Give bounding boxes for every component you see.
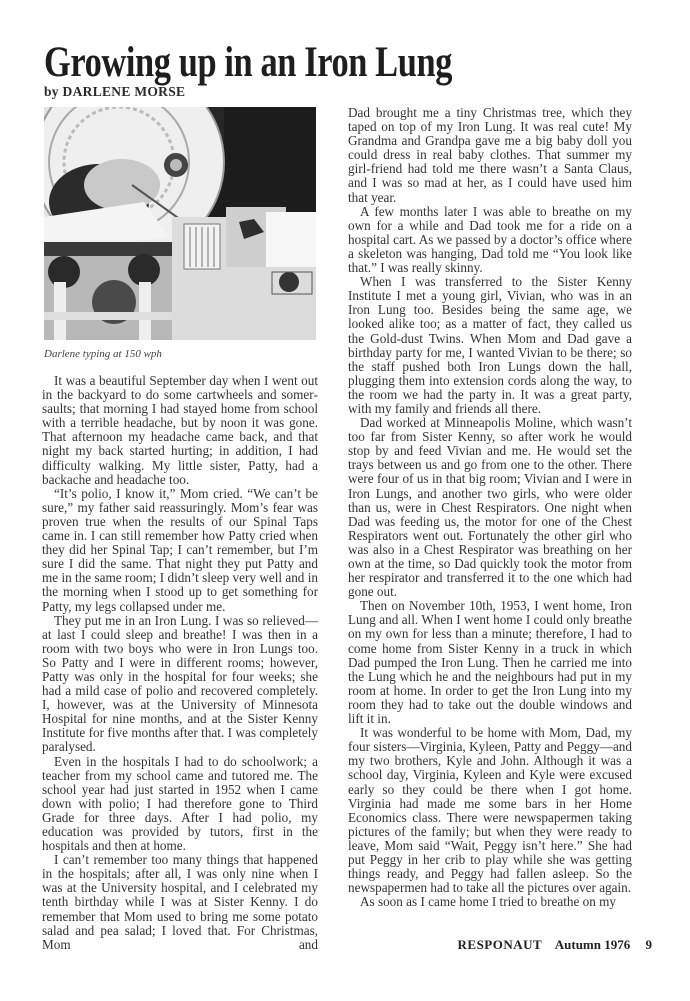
paragraph: “It’s polio, I know it,” Mom cried. “We …: [42, 487, 318, 614]
paragraph: Then on November 10th, 1953, I went home…: [348, 599, 632, 726]
paragraph: It was wonderful to be home with Mom, Da…: [348, 726, 632, 895]
article-title: Growing up in an Iron Lung: [44, 38, 452, 88]
page-number: 9: [646, 937, 653, 952]
byline: by DARLENE MORSE: [44, 84, 185, 100]
paragraph: A few months later I was able to breathe…: [348, 205, 632, 275]
author-name: DARLENE MORSE: [63, 84, 186, 99]
paragraph: Dad worked at Minneapolis Moline, which …: [348, 416, 632, 599]
left-column: It was a beautiful September day when I …: [42, 374, 318, 952]
paragraph: Even in the hospitals I had to do school…: [42, 755, 318, 854]
byline-prefix: by: [44, 84, 59, 99]
page-footer: RESPONAUT Autumn 1976 9: [420, 937, 652, 953]
paragraph: As soon as I came home I tried to breath…: [348, 895, 632, 909]
paragraph: It was a beautiful September day when I …: [42, 374, 318, 487]
photo-caption: Darlene typing at 150 wph: [44, 348, 162, 360]
paragraph-continuation: Dad brought me a tiny Christmas tree, wh…: [348, 106, 632, 205]
photo-iron-lung-typing: [44, 107, 316, 340]
article-photo: [44, 107, 316, 340]
issue-date: Autumn 1976: [555, 937, 631, 952]
right-column: Dad brought me a tiny Christmas tree, wh…: [348, 106, 632, 909]
paragraph: They put me in an Iron Lung. I was so re…: [42, 614, 318, 755]
paragraph: I can’t remember too many things that ha…: [42, 853, 318, 952]
paragraph: When I was transferred to the Sister Ken…: [348, 275, 632, 416]
magazine-name: RESPONAUT: [458, 937, 543, 952]
